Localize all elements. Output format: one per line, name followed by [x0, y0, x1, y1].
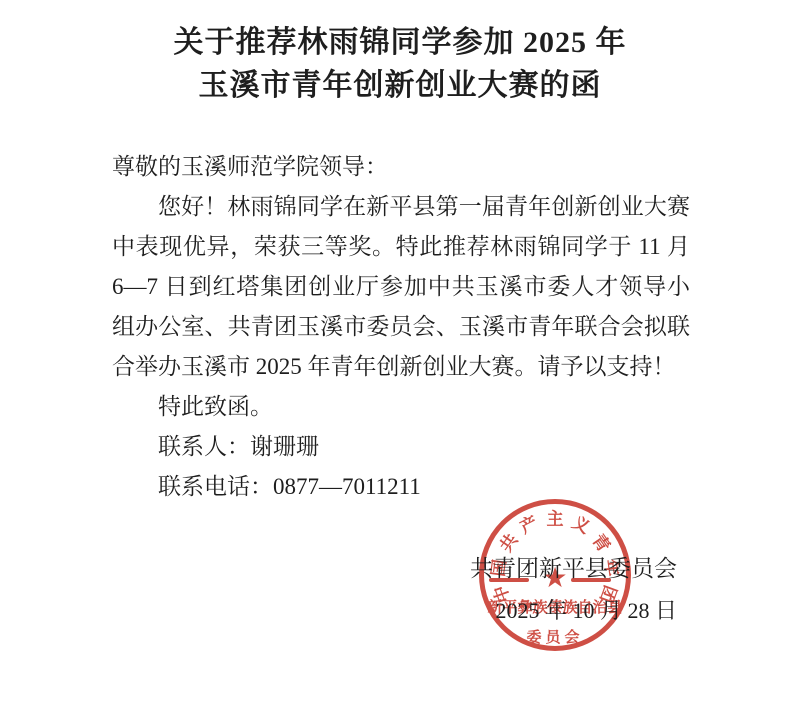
contact-person-line: 联系人：谢珊珊: [112, 427, 690, 467]
salutation: 尊敬的玉溪师范学院领导：: [112, 147, 690, 187]
main-paragraph: 您好！林雨锦同学在新平县第一届青年创新创业大赛中表现优异，荣获三等奖。特此推荐林…: [112, 187, 690, 387]
letter-title-line2: 玉溪市青年创新创业大赛的函: [0, 64, 800, 107]
letter-body: 尊敬的玉溪师范学院领导： 您好！林雨锦同学在新平县第一届青年创新创业大赛中表现优…: [112, 147, 690, 507]
signature-block: 共青团新平县委员会 2025 年 10 月 28 日: [470, 548, 677, 632]
closing-line: 特此致函。: [112, 387, 690, 427]
signature-date: 2025 年 10 月 28 日: [470, 590, 677, 632]
letter-title: 关于推荐林雨锦同学参加 2025 年 玉溪市青年创新创业大赛的函: [0, 0, 800, 107]
letter-title-line1: 关于推荐林雨锦同学参加 2025 年: [0, 21, 800, 64]
letter-page: 关于推荐林雨锦同学参加 2025 年 玉溪市青年创新创业大赛的函 尊敬的玉溪师范…: [0, 0, 800, 713]
signature-org: 共青团新平县委员会: [470, 548, 677, 590]
